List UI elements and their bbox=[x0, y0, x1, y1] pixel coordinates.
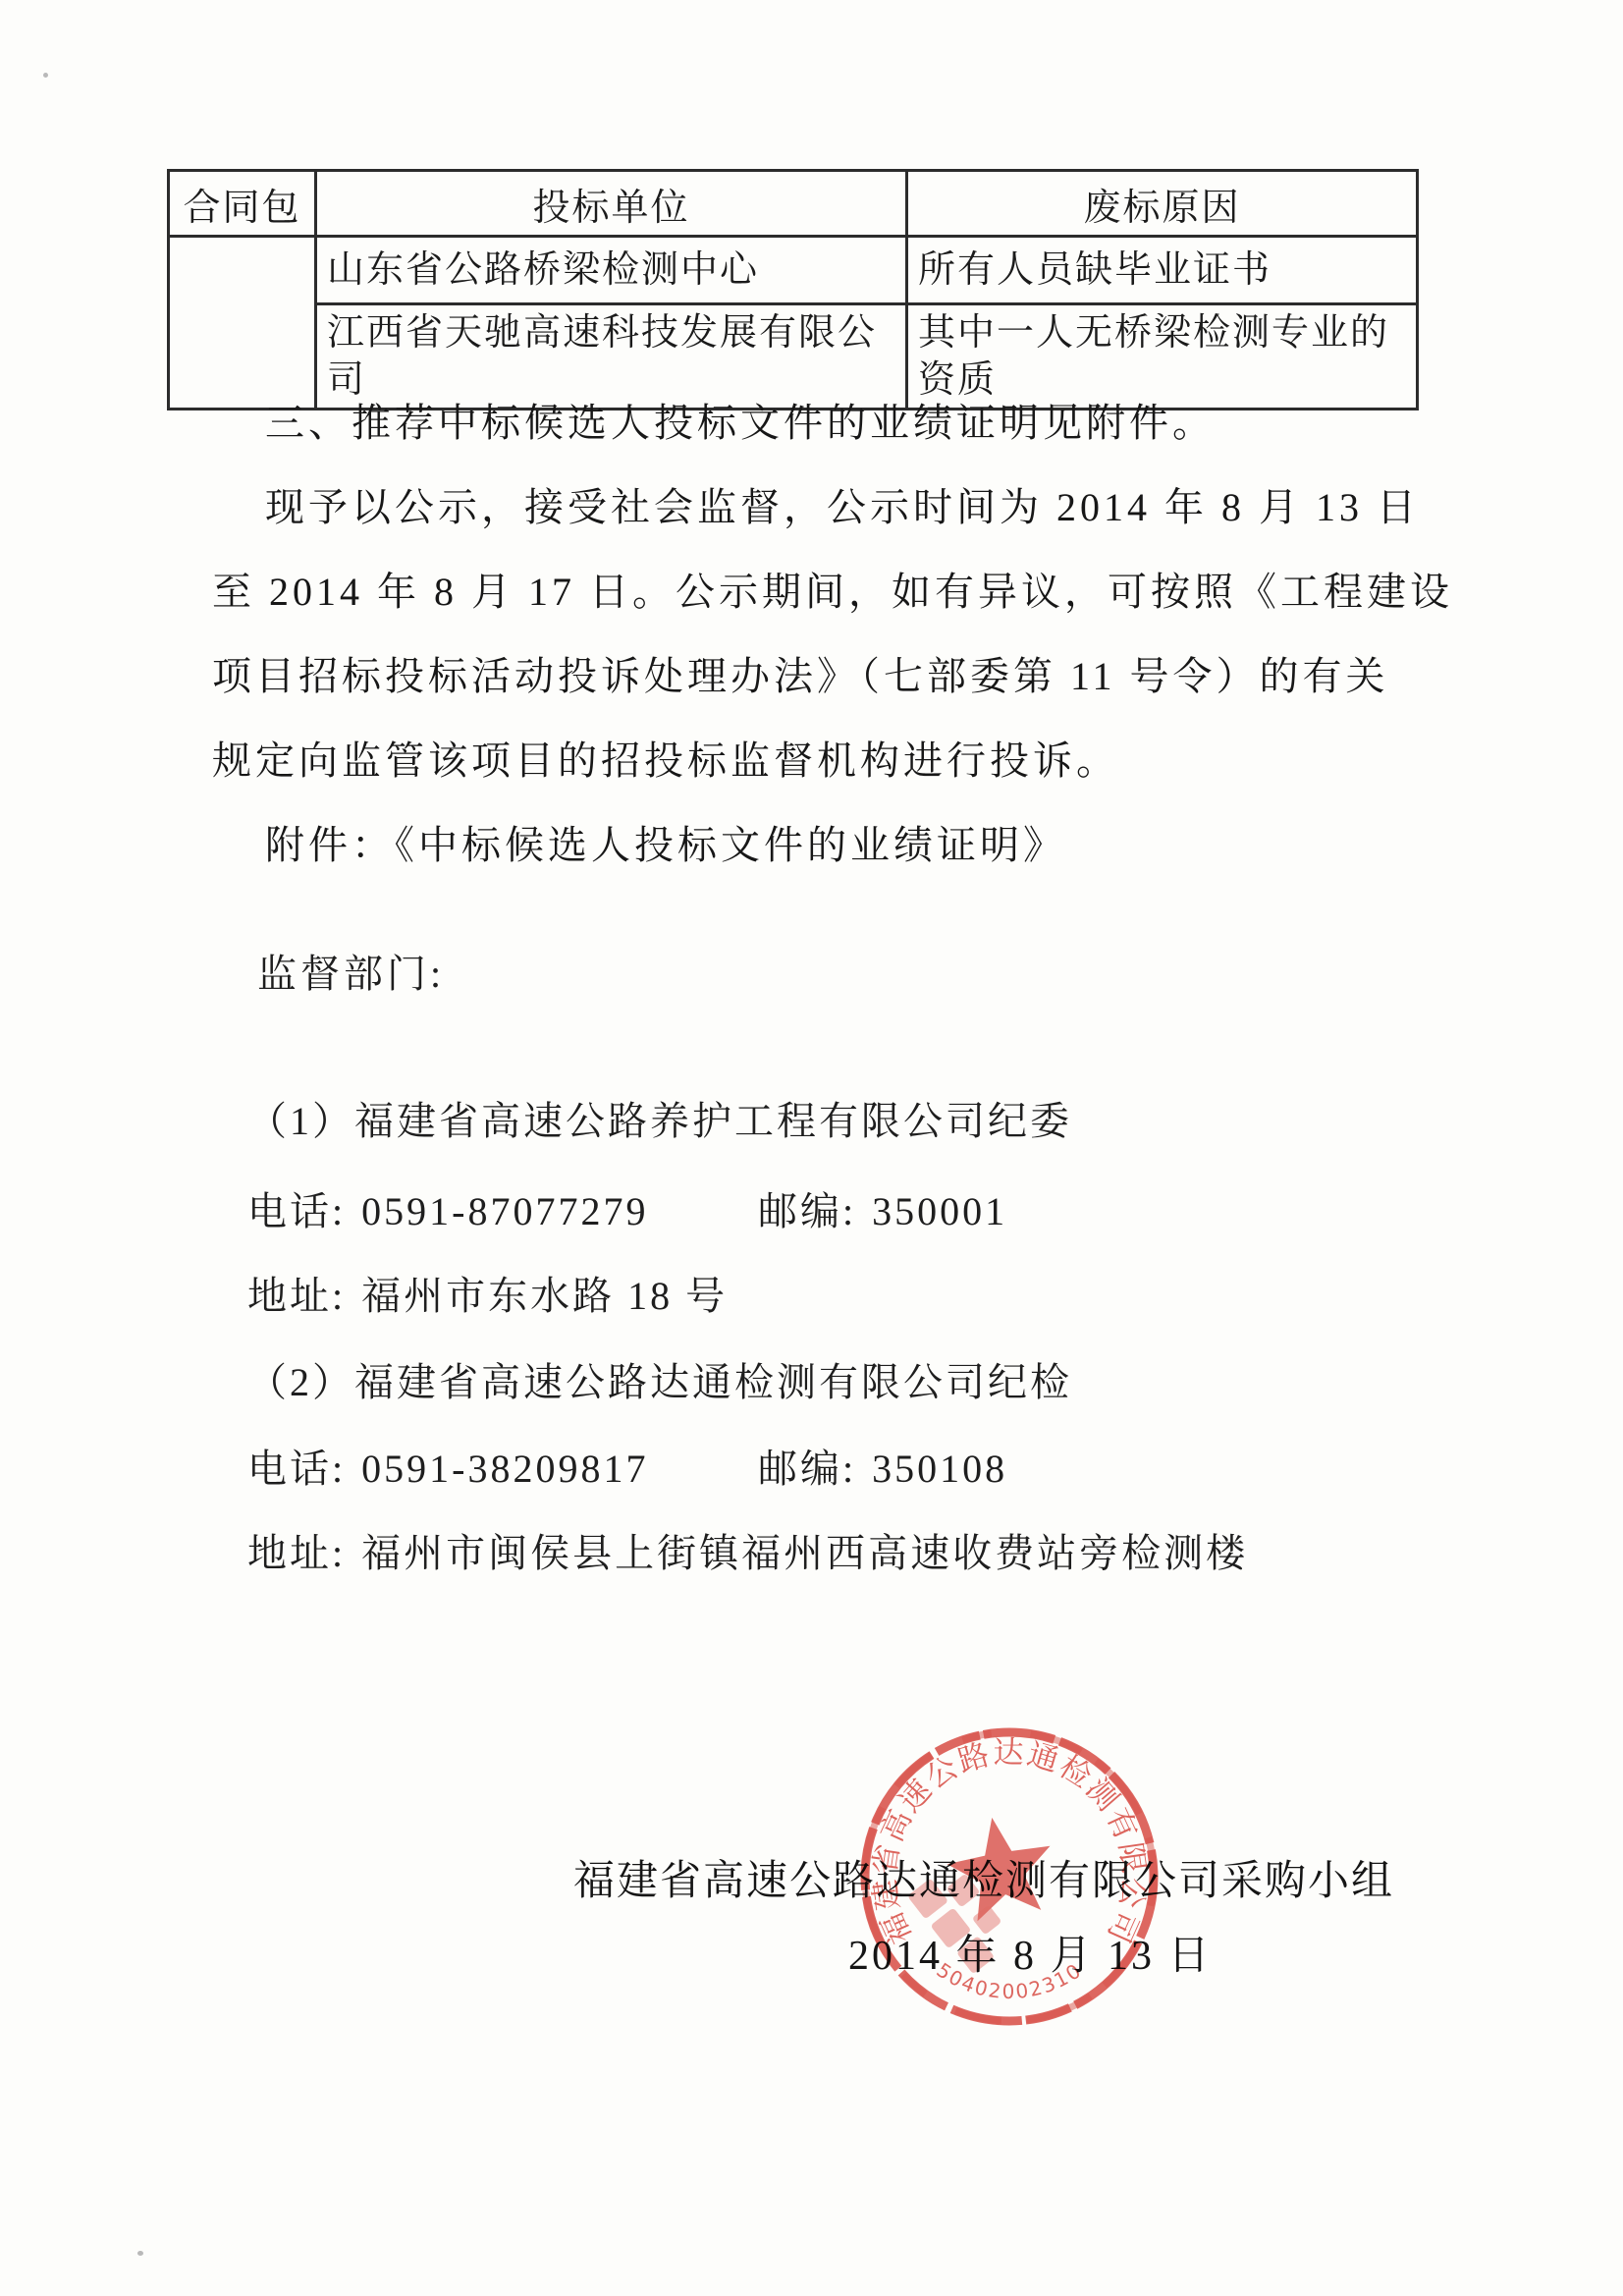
paragraph-line-1: 三、推荐中标候选人投标文件的业绩证明见附件。 bbox=[212, 381, 1449, 465]
address-label: 地址: bbox=[247, 1274, 346, 1318]
table-row: 山东省公路桥梁检测中心 所有人员缺毕业证书 bbox=[169, 237, 1418, 304]
department-2-address-line: 地址:福州市闽侯县上街镇福州西高速收费站旁检测楼 bbox=[247, 1530, 1248, 1577]
paragraph-line-4: 项目招标投标活动投诉处理办法》（七部委第 11 号令）的有关 bbox=[212, 634, 1449, 719]
department-1-phone-line: 电话:0591-87077279 邮编:350001 bbox=[247, 1188, 648, 1235]
department-1-address-line: 地址:福州市东水路 18 号 bbox=[247, 1273, 728, 1320]
phone-label: 电话: bbox=[247, 1189, 346, 1233]
paragraph-line-2: 现予以公示，接受社会监督，公示时间为 2014 年 8 月 13 日 bbox=[212, 465, 1449, 550]
address-value: 福州市东水路 18 号 bbox=[361, 1274, 728, 1318]
table-header-row: 合同包 投标单位 废标原因 bbox=[169, 171, 1418, 237]
department-2-phone-line: 电话:0591-38209817 邮编:350108 bbox=[247, 1446, 648, 1493]
postcode-label: 邮编: bbox=[758, 1447, 856, 1491]
cell-reason-1: 所有人员缺毕业证书 bbox=[907, 237, 1418, 304]
department-1-name: （1）福建省高速公路养护工程有限公司纪委 bbox=[247, 1098, 1072, 1145]
scan-speck bbox=[137, 2251, 143, 2256]
supervision-heading: 监督部门: bbox=[257, 943, 445, 999]
notice-paragraphs: 三、推荐中标候选人投标文件的业绩证明见附件。 现予以公示，接受社会监督，公示时间… bbox=[212, 381, 1449, 888]
department-2-name: （2）福建省高速公路达通检测有限公司纪检 bbox=[247, 1359, 1072, 1406]
postcode-value: 350001 bbox=[872, 1189, 1007, 1233]
company-seal: 福建省高速公路达通检测有限公司 3504020023103 bbox=[852, 1724, 1170, 2037]
header-rejection-reason: 废标原因 bbox=[907, 171, 1418, 237]
bid-rejection-table: 合同包 投标单位 废标原因 山东省公路桥梁检测中心 所有人员缺毕业证书 江西省天… bbox=[167, 169, 1419, 410]
postcode-label: 邮编: bbox=[758, 1189, 856, 1233]
attachment-line: 附件：《中标候选人投标文件的业绩证明》 bbox=[212, 803, 1449, 888]
paragraph-line-3: 至 2014 年 8 月 17 日。公示期间，如有异议，可按照《工程建设 bbox=[212, 550, 1449, 634]
paragraph-line-5: 规定向监管该项目的招投标监督机构进行投诉。 bbox=[212, 719, 1449, 803]
address-value: 福州市闽侯县上街镇福州西高速收费站旁检测楼 bbox=[361, 1531, 1248, 1575]
seal-star-icon bbox=[941, 1809, 1061, 1925]
phone-value: 0591-87077279 bbox=[361, 1189, 648, 1233]
header-contract-package: 合同包 bbox=[169, 171, 316, 237]
phone-value: 0591-38209817 bbox=[361, 1447, 648, 1491]
postcode-value: 350108 bbox=[872, 1447, 1007, 1491]
cell-bidder-1: 山东省公路桥梁检测中心 bbox=[316, 237, 907, 304]
header-bidder: 投标单位 bbox=[316, 171, 907, 237]
phone-label: 电话: bbox=[247, 1447, 346, 1491]
address-label: 地址: bbox=[247, 1531, 346, 1575]
scanned-document-page: 合同包 投标单位 废标原因 山东省公路桥梁检测中心 所有人员缺毕业证书 江西省天… bbox=[0, 0, 1623, 2296]
scan-speck bbox=[43, 73, 48, 78]
